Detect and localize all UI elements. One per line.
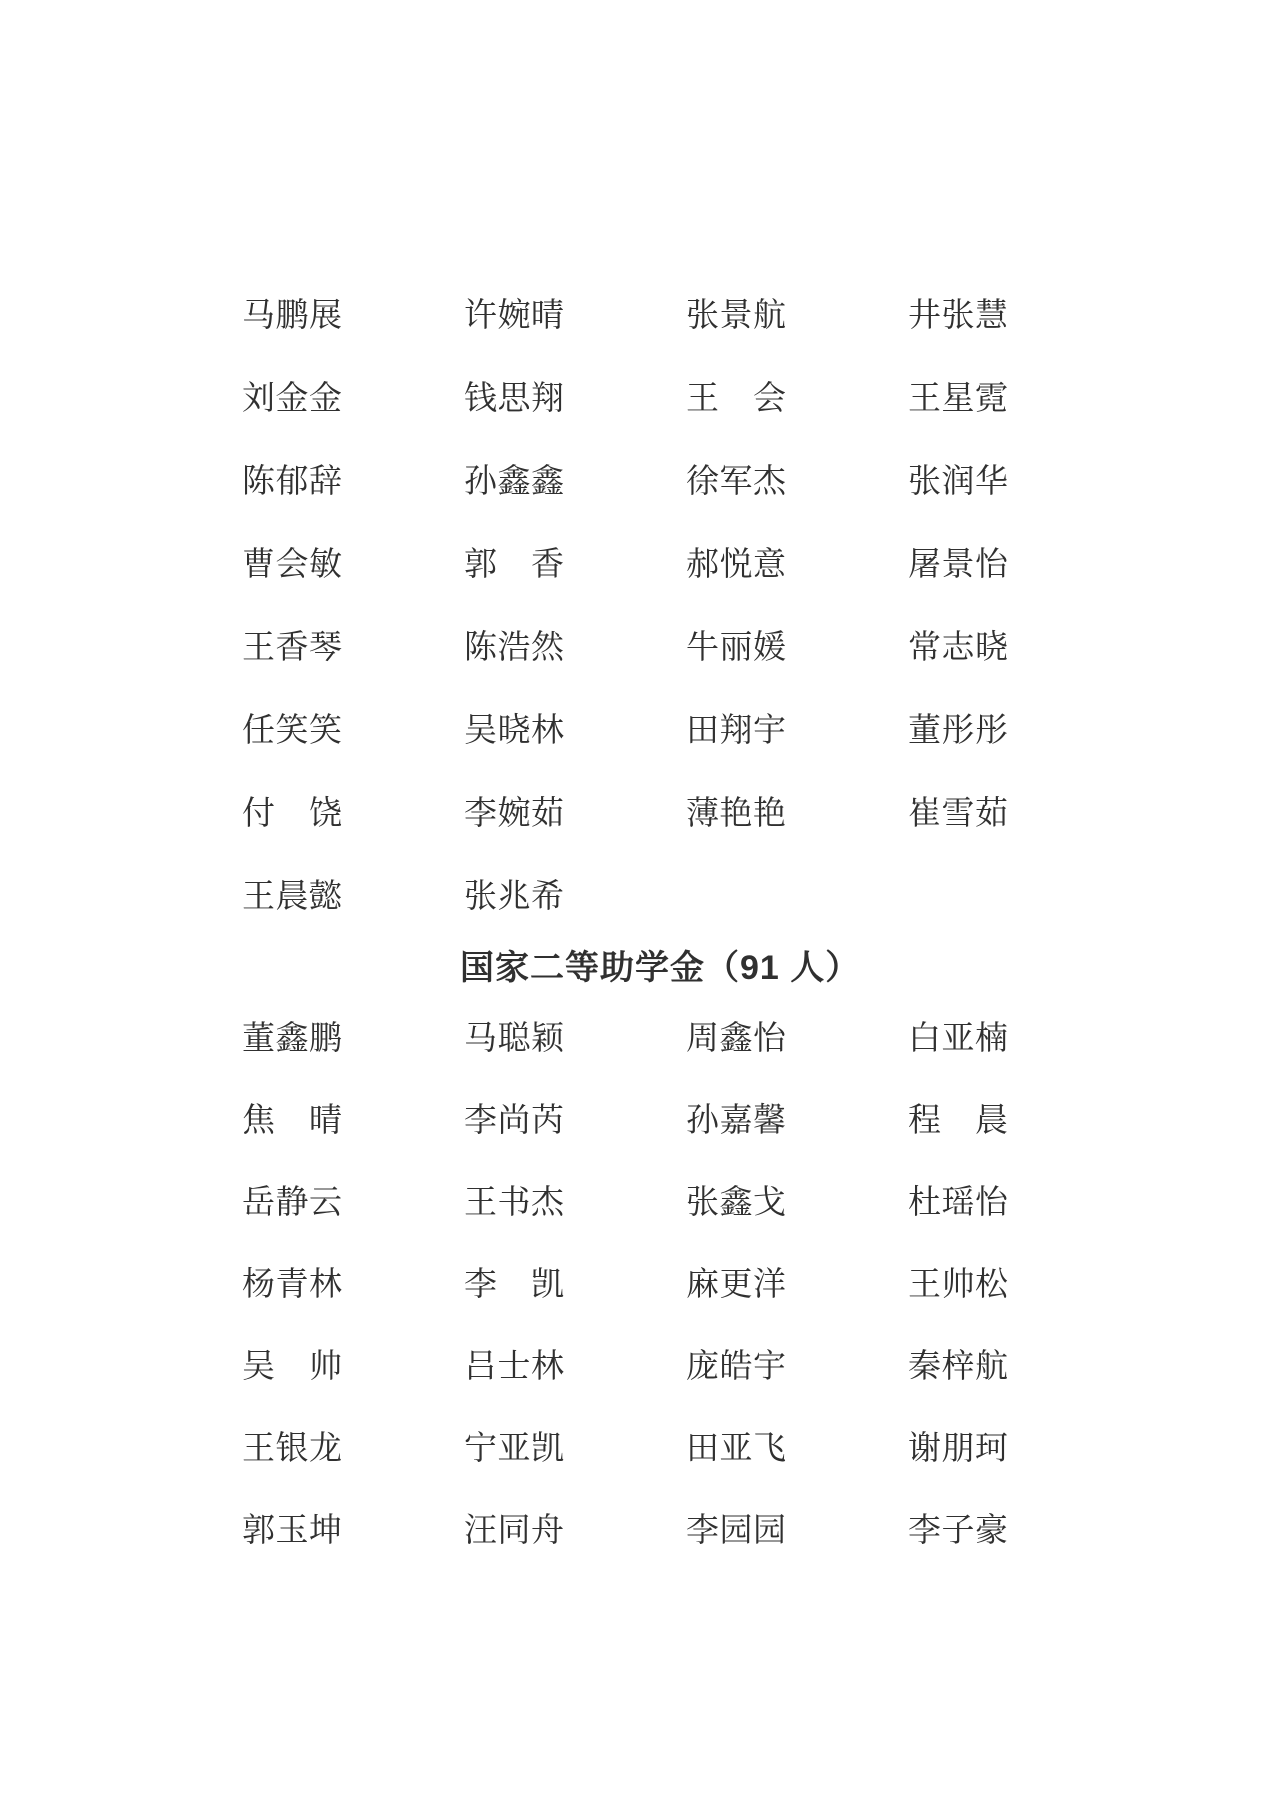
name-list-after-heading: 董鑫鹏马聪颖周鑫怡白亚楠焦 晴李尚芮孙嘉馨程 晨岳静云王书杰张鑫戈杜瑶怡杨青林李…: [242, 1021, 1130, 1595]
person-name: 钱思翔: [464, 381, 564, 464]
person-name: 李子豪: [908, 1513, 1008, 1595]
person-name: 吴晓林: [464, 713, 564, 796]
person-name: 常志晓: [908, 630, 1008, 713]
person-name: 谢朋珂: [908, 1431, 1008, 1513]
person-name: 薄艳艳: [686, 796, 786, 879]
person-name: 王银龙: [242, 1431, 342, 1513]
person-name: 麻更洋: [686, 1267, 786, 1349]
person-name: 王香琴: [242, 630, 342, 713]
person-name: 牛丽媛: [686, 630, 786, 713]
person-name: 陈浩然: [464, 630, 564, 713]
person-name: 田亚飞: [686, 1431, 786, 1513]
person-name: 庞皓宇: [686, 1349, 786, 1431]
person-name: 曹会敏: [242, 547, 342, 630]
person-name: 陈郁辞: [242, 464, 342, 547]
person-name: 张润华: [908, 464, 1008, 547]
person-name: 李婉茹: [464, 796, 564, 879]
person-name: 程 晨: [908, 1103, 1008, 1185]
person-name: 王晨懿: [242, 879, 342, 962]
person-name: 屠景怡: [908, 547, 1008, 630]
person-name: 孙鑫鑫: [464, 464, 564, 547]
person-name: 王星霓: [908, 381, 1008, 464]
person-name: 马鹏展: [242, 298, 342, 381]
person-name: 董鑫鹏: [242, 1021, 342, 1103]
person-name: 吴 帅: [242, 1349, 342, 1431]
person-name: 汪同舟: [464, 1513, 564, 1595]
person-name: 崔雪茹: [908, 796, 1008, 879]
name-list-before-heading: 马鹏展许婉晴张景航井张慧刘金金钱思翔王 会王星霓陈郁辞孙鑫鑫徐军杰张润华曹会敏郭…: [242, 298, 1130, 962]
person-name: 周鑫怡: [686, 1021, 786, 1103]
person-name: 王 会: [686, 381, 786, 464]
person-name: 马聪颖: [464, 1021, 564, 1103]
document-page: 马鹏展许婉晴张景航井张慧刘金金钱思翔王 会王星霓陈郁辞孙鑫鑫徐军杰张润华曹会敏郭…: [0, 0, 1267, 1793]
person-name: 付 饶: [242, 796, 342, 879]
person-name: 许婉晴: [464, 298, 564, 381]
person-name: 刘金金: [242, 381, 342, 464]
person-name: 白亚楠: [908, 1021, 1008, 1103]
person-name: 李尚芮: [464, 1103, 564, 1185]
person-name: 张景航: [686, 298, 786, 381]
person-name: 孙嘉馨: [686, 1103, 786, 1185]
person-name: 田翔宇: [686, 713, 786, 796]
person-name: 杜瑶怡: [908, 1185, 1008, 1267]
person-name: 李园园: [686, 1513, 786, 1595]
person-name: 郭玉坤: [242, 1513, 342, 1595]
person-name: 秦梓航: [908, 1349, 1008, 1431]
person-name: 宁亚凯: [464, 1431, 564, 1513]
person-name: 王书杰: [464, 1185, 564, 1267]
person-name: 焦 晴: [242, 1103, 342, 1185]
person-name: 王帅松: [908, 1267, 1008, 1349]
person-name: 杨青林: [242, 1267, 342, 1349]
person-name: 岳静云: [242, 1185, 342, 1267]
section-heading: 国家二等助学金（91 人）: [460, 950, 860, 987]
person-name: 井张慧: [908, 298, 1008, 381]
person-name: 董彤彤: [908, 713, 1008, 796]
person-name: 郭 香: [464, 547, 564, 630]
person-name: 李 凯: [464, 1267, 564, 1349]
person-name: 张鑫戈: [686, 1185, 786, 1267]
person-name: 徐军杰: [686, 464, 786, 547]
person-name: 郝悦意: [686, 547, 786, 630]
person-name: 吕士林: [464, 1349, 564, 1431]
person-name: 任笑笑: [242, 713, 342, 796]
